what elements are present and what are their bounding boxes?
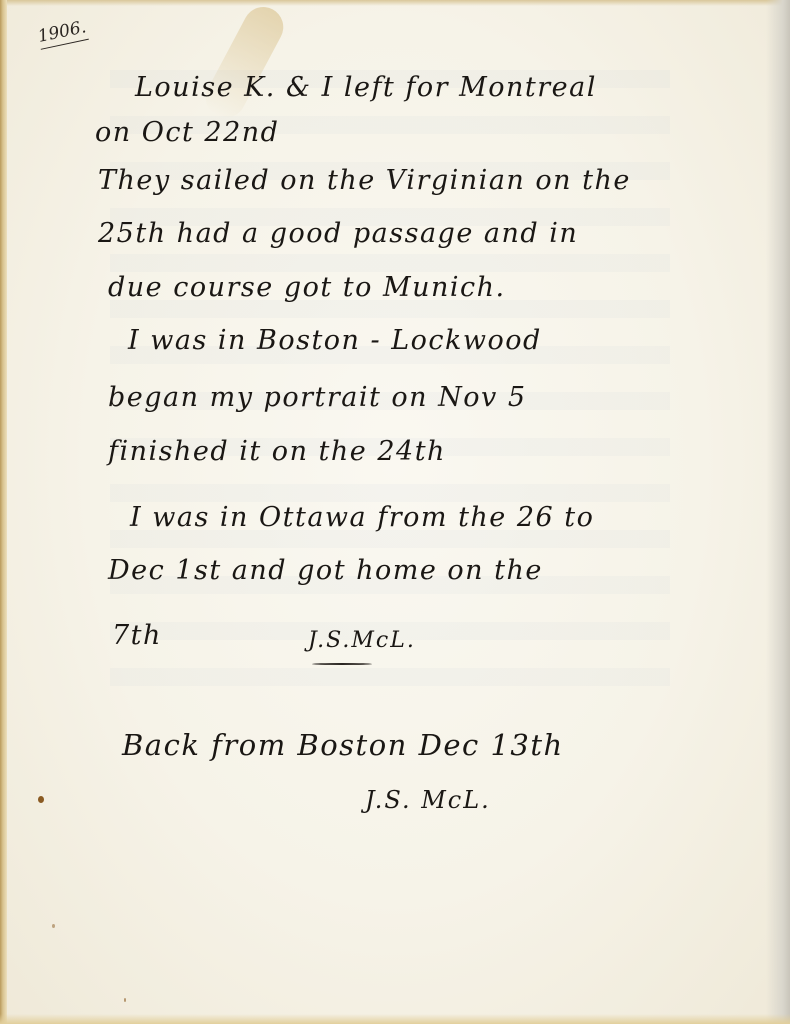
- entry-2-line-2: 25th had a good passage and in: [98, 218, 578, 249]
- page-bottom-edge: [0, 1014, 790, 1024]
- entry-4-line-2: Dec 1st and got home on the: [108, 555, 543, 586]
- signature-initials: J.S.McL.: [308, 628, 416, 653]
- journal-page: 1906. Louise K. & I left for Montreal on…: [0, 0, 790, 1024]
- foxing-spot: [38, 796, 44, 803]
- entry-3-line-3: finished it on the 24th: [108, 436, 446, 467]
- bleed-through-text: [93, 40, 103, 105]
- entry-4-line-1: I was in Ottawa from the 26 to: [130, 502, 594, 533]
- closing-line: Back from Boston Dec 13th: [122, 728, 564, 762]
- closing-signature: J.S. McL.: [365, 786, 491, 814]
- entry-3-line-2: began my portrait on Nov 5: [108, 382, 527, 413]
- foxing-spot: [52, 924, 55, 928]
- year-note: 1906.: [36, 17, 88, 50]
- page-right-shadow: [766, 0, 790, 1024]
- entry-2-line-1: They sailed on the Virginian on the: [98, 165, 631, 196]
- entry-1-line-1: Louise K. & I left for Montreal: [135, 72, 597, 103]
- entry-2-line-3: due course got to Munich.: [108, 272, 506, 303]
- page-top-edge: [0, 0, 790, 6]
- page-left-edge: [0, 0, 7, 1024]
- signature-underline: [312, 663, 372, 665]
- entry-1-line-2: on Oct 22nd: [95, 117, 279, 148]
- entry-4-line-3: 7th: [112, 620, 162, 651]
- entry-3-line-1: I was in Boston - Lockwood: [128, 325, 542, 356]
- foxing-spot: [124, 998, 126, 1002]
